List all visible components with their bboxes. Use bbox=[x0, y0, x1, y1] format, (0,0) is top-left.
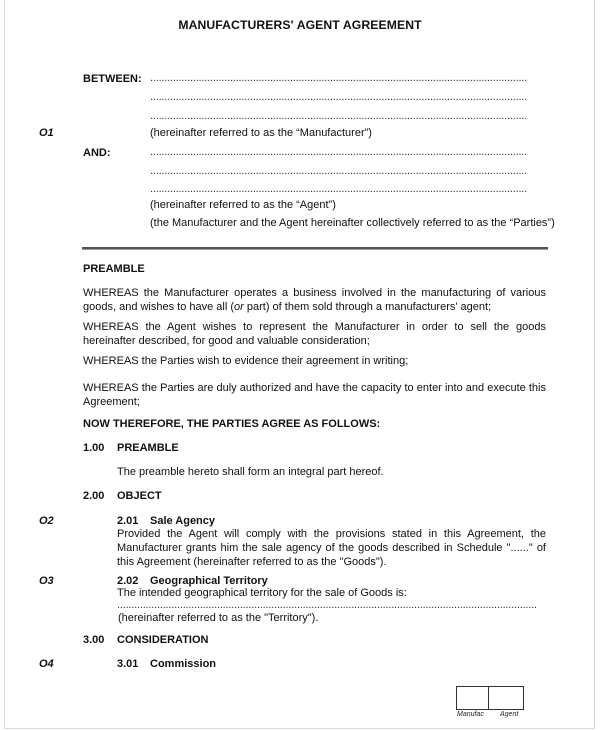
subsection-2-01-number: 2.01 bbox=[117, 515, 138, 527]
subsection-3-01-number: 3.01 bbox=[117, 658, 138, 670]
section-3-number: 3.00 bbox=[83, 634, 104, 646]
manufacturer-address-field-2[interactable]: ........................................… bbox=[150, 110, 528, 122]
agent-initials-box[interactable] bbox=[489, 686, 524, 710]
subsection-2-01-body: Provided the Agent will comply with the … bbox=[117, 527, 546, 569]
manufacturer-name-field[interactable]: ........................................… bbox=[150, 72, 528, 84]
subsection-2-02-title: Geographical Territory bbox=[150, 575, 268, 587]
manufacturer-address-field-1[interactable]: ........................................… bbox=[150, 91, 528, 103]
subsection-2-01-title: Sale Agency bbox=[150, 515, 215, 527]
and-label: AND: bbox=[83, 147, 111, 159]
agent-address-field-1[interactable]: ........................................… bbox=[150, 165, 528, 177]
section-divider bbox=[82, 247, 548, 250]
section-1-body: The preamble hereto shall form an integr… bbox=[117, 466, 384, 478]
now-therefore-heading: NOW THEREFORE, THE PARTIES AGREE AS FOLL… bbox=[83, 418, 380, 430]
subsection-2-02-number: 2.02 bbox=[117, 575, 138, 587]
subsection-3-01-title: Commission bbox=[150, 658, 216, 670]
comment-marker-3[interactable]: O3 bbox=[39, 575, 54, 587]
section-1-title: PREAMBLE bbox=[117, 442, 179, 454]
manufacturer-initials-label: Manufac bbox=[457, 711, 484, 718]
whereas-clause-4: WHEREAS the Parties are duly authorized … bbox=[83, 381, 546, 409]
comment-marker-1[interactable]: O1 bbox=[39, 127, 54, 139]
between-label: BETWEEN: bbox=[83, 73, 142, 85]
agent-initials-label: Agent bbox=[500, 711, 518, 718]
whereas-1-italic-or: or bbox=[234, 301, 244, 313]
territory-reference: (hereinafter referred to as the "Territo… bbox=[118, 612, 318, 624]
comment-marker-4[interactable]: O4 bbox=[39, 658, 54, 670]
agent-reference: (hereinafter referred to as the “Agent”) bbox=[150, 199, 336, 211]
agent-name-field[interactable]: ........................................… bbox=[150, 146, 528, 158]
document-title: MANUFACTURERS' AGENT AGREEMENT bbox=[0, 18, 600, 32]
territory-field[interactable]: ........................................… bbox=[117, 599, 537, 611]
whereas-clause-3: WHEREAS the Parties wish to evidence the… bbox=[83, 354, 546, 368]
comment-marker-2[interactable]: O2 bbox=[39, 515, 54, 527]
preamble-heading: PREAMBLE bbox=[83, 263, 145, 275]
subsection-2-02-body: The intended geographical territory for … bbox=[117, 587, 407, 599]
section-1-number: 1.00 bbox=[83, 442, 104, 454]
section-2-number: 2.00 bbox=[83, 490, 104, 502]
agent-address-field-2[interactable]: ........................................… bbox=[150, 183, 528, 195]
parties-reference: (the Manufacturer and the Agent hereinaf… bbox=[150, 217, 555, 229]
manufacturer-initials-box[interactable] bbox=[456, 686, 489, 710]
section-3-title: CONSIDERATION bbox=[117, 634, 208, 646]
manufacturer-reference: (hereinafter referred to as the “Manufac… bbox=[150, 127, 372, 139]
whereas-clause-1: WHEREAS the Manufacturer operates a busi… bbox=[83, 286, 546, 314]
section-2-title: OBJECT bbox=[117, 490, 162, 502]
whereas-clause-2: WHEREAS the Agent wishes to represent th… bbox=[83, 320, 546, 348]
whereas-1-text-b: part) of them sold through a manufacture… bbox=[244, 301, 491, 313]
